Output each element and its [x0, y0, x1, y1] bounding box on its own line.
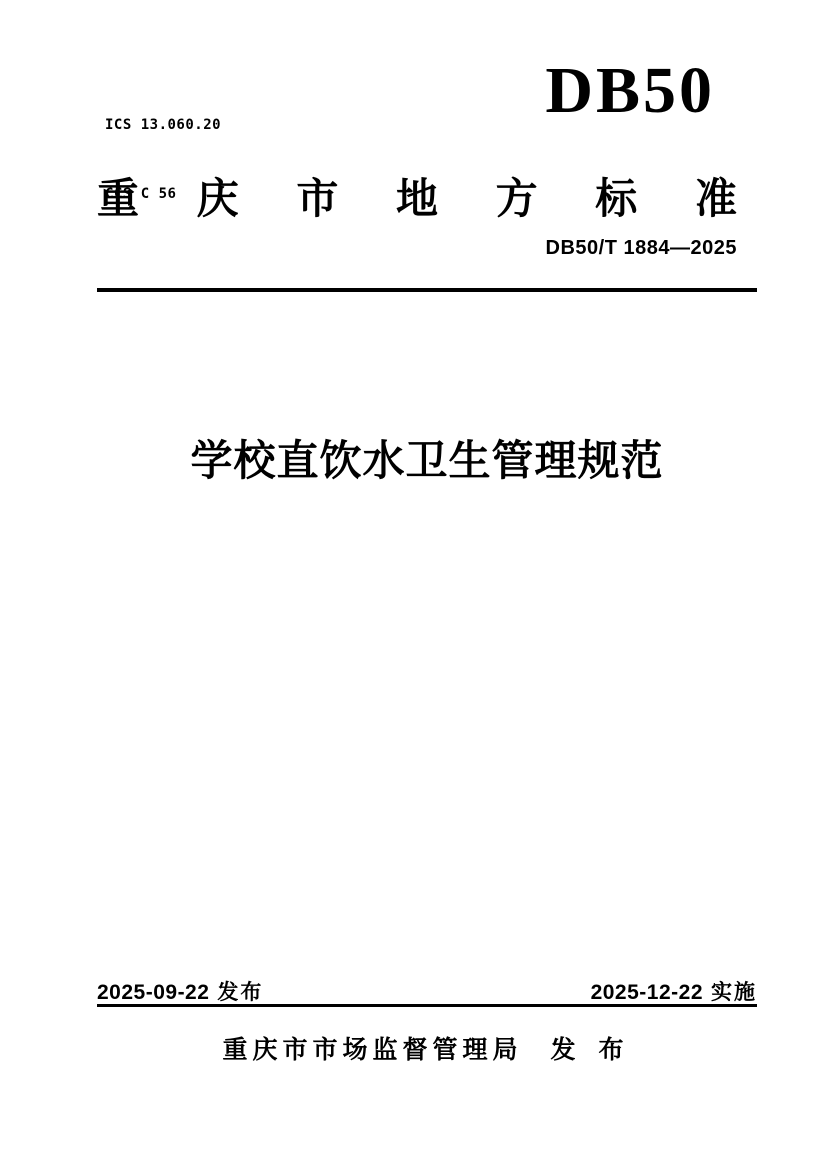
standard-name-char: 标 — [595, 178, 637, 220]
standard-name: 重 庆 市 地 方 标 准 — [97, 178, 737, 220]
bottom-rule — [97, 1004, 757, 1007]
standard-name-char: 重 — [97, 178, 139, 220]
ics-code: ICS 13.060.20 — [105, 114, 221, 137]
document-number: DB50/T 1884—2025 — [546, 237, 737, 260]
implementation-date-item: 2025-12-22实施 — [591, 976, 757, 1006]
implementation-label: 实施 — [711, 981, 757, 1004]
standard-name-char: 方 — [496, 178, 538, 220]
standard-name-char: 庆 — [197, 178, 239, 220]
standard-name-char: 市 — [296, 178, 338, 220]
classification-codes: ICS 13.060.20 CCS C 56 — [105, 68, 221, 252]
implementation-date: 2025-12-22 — [591, 981, 703, 1004]
document-title: 学校直饮水卫生管理规范 — [97, 440, 757, 482]
db50-logo: DB50 — [545, 58, 715, 124]
publisher-name: 重庆市市场监督管理局 — [223, 1036, 523, 1064]
issue-label: 发布 — [217, 981, 263, 1004]
issue-date: 2025-09-22 — [97, 981, 209, 1004]
standard-name-char: 准 — [695, 178, 737, 220]
standard-name-char: 地 — [396, 178, 438, 220]
publisher-row: 重庆市市场监督管理局发 布 — [97, 1038, 757, 1063]
top-rule — [97, 288, 757, 292]
issue-date-item: 2025-09-22发布 — [97, 976, 263, 1006]
publisher-action: 发 布 — [551, 1036, 632, 1064]
dates-row: 2025-09-22发布 2025-12-22实施 — [97, 976, 757, 1006]
standard-cover-page: ICS 13.060.20 CCS C 56 DB50 重 庆 市 地 方 标 … — [0, 0, 815, 1151]
